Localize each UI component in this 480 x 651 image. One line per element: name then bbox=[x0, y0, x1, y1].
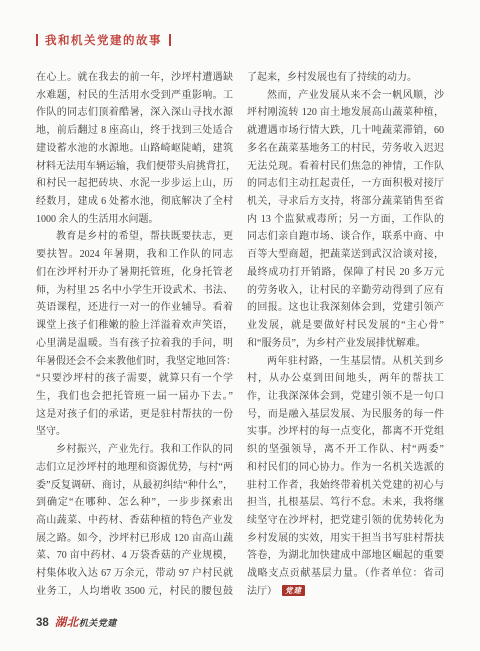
text-line: 和“服务员”，为乡村产业发展排忧解难。 bbox=[247, 335, 444, 353]
text-line: 内 13 个监狱戒毒所；另一方面，工作队的 bbox=[247, 211, 444, 229]
text-line: “只要沙坪村的孩子需要，就算只有一个学 bbox=[36, 370, 233, 388]
text-line: 坚守。 bbox=[36, 423, 233, 441]
header-bar-left-icon bbox=[36, 34, 38, 46]
journal-logo-red-part: 湖北 bbox=[55, 614, 79, 630]
text-line: 多名在蔬菜基地务工的村民，劳务收入迟迟 bbox=[247, 140, 444, 158]
text-line: 到确定“在哪种、怎么种”，一步步探索出 bbox=[36, 494, 233, 512]
text-line: 织的坚强领导，离不开工作队、村“两委” bbox=[247, 441, 444, 459]
text-line: 教育是乡村的希望，帮扶既要扶志，更 bbox=[36, 228, 233, 246]
text-line: 坪村刚流转 120 亩土地发展高山蔬菜种植， bbox=[247, 104, 444, 122]
text-column-right: 了起来，乡村发展也有了持续的动力。然而，产业发展从来不会一帆风顺，沙坪村刚流转 … bbox=[247, 69, 444, 601]
text-line: 英语课程，还进行一对一的作业辅导。看着 bbox=[36, 299, 233, 317]
text-line: 在心上。就在我去的前一年，沙坪村遭遇缺 bbox=[36, 69, 233, 87]
text-line: 经数月，建成 6 处蓄水池，彻底解决了全村 bbox=[36, 193, 233, 211]
text-line: 课堂上孩子们稚嫩的脸上洋溢着欢声笑语， bbox=[36, 317, 233, 335]
text-line: 无法兑现。看着村民们焦急的神情，工作队 bbox=[247, 158, 444, 176]
journal-logo-black-part: 机关党建 bbox=[79, 616, 117, 629]
text-line: 要扶智。2024 年暑期，我和工作队的同志 bbox=[36, 246, 233, 264]
text-line: 水难题，村民的生活用水受到严重影响。工 bbox=[36, 87, 233, 105]
text-line: 然而，产业发展从来不会一帆风顺，沙 bbox=[247, 87, 444, 105]
section-header: 我和机关党建的故事 bbox=[36, 32, 171, 48]
text-line: 两年驻村路，一生基层情。从机关到乡 bbox=[247, 353, 444, 371]
text-line: 这是对孩子们的承诺，更是驻村帮扶的一份 bbox=[36, 406, 233, 424]
text-line: 同志们亲自跑市场、谈合作，联系中商、中 bbox=[247, 228, 444, 246]
text-line: 担当，扎根基层、笃行不怠。未来，我将继 bbox=[247, 494, 444, 512]
text-line: 委”反复调研、商讨，从最初纠结“种什么”， bbox=[36, 477, 233, 495]
header-bar-right-icon bbox=[169, 34, 171, 46]
text-line: 作，让我深深体会到，党建引领不是一句口 bbox=[247, 388, 444, 406]
text-line: 了起来，乡村发展也有了持续的动力。 bbox=[247, 69, 444, 87]
text-line: 续坚守在沙坪村，把党建引领的优势转化为 bbox=[247, 512, 444, 530]
text-line: 的同志们主动扛起责任，一方面积极对接厅 bbox=[247, 175, 444, 193]
text-line: 作队的同志们顶着酷暑，深入深山寻找水源 bbox=[36, 104, 233, 122]
text-line: 村，从办公桌到田间地头，两年的帮扶工 bbox=[247, 370, 444, 388]
text-line: 们在沙坪村开办了暑期托管班，化身托管老 bbox=[36, 264, 233, 282]
page-number: 38 bbox=[36, 617, 49, 629]
text-line: 乡村振兴，产业先行。我和工作队的同 bbox=[36, 441, 233, 459]
text-line: 展之路。如今，沙坪村已形成 120 亩高山蔬 bbox=[36, 530, 233, 548]
text-line: 年暑假还会不会来教他们时，我坚定地回答： bbox=[36, 353, 233, 371]
text-line: 战略支点贡献基层力量。（作者单位：省司 bbox=[247, 565, 444, 583]
page-footer: 38 湖北机关党建 bbox=[36, 614, 117, 630]
text-line: 心里满是温暖。当有孩子拉着我的手问，明 bbox=[36, 335, 233, 353]
text-line: 1000 余人的生活用水问题。 bbox=[36, 211, 233, 229]
text-line: 法厅）党建 bbox=[247, 583, 444, 601]
magazine-page: 我和机关党建的故事 在心上。就在我去的前一年，沙坪村遭遇缺水难题，村民的生活用水… bbox=[0, 0, 480, 651]
text-line: 志们立足沙坪村的地理和资源优势，与村“两 bbox=[36, 459, 233, 477]
text-line: 业务工，人均增收 3500 元，村民的腰包鼓 bbox=[36, 583, 233, 601]
text-line: 乡村发展的实效，用实干担当书写驻村帮扶 bbox=[247, 530, 444, 548]
text-line: 高山蔬菜、中药材、香菇种植的特色产业发 bbox=[36, 512, 233, 530]
text-line: 的回报。这也让我深刻体会到，党建引领产 bbox=[247, 299, 444, 317]
text-line: 驻村工作者，我始终带着机关党建的初心与 bbox=[247, 477, 444, 495]
text-line: 师，为村里 25 名中小学生开设武术、书法、 bbox=[36, 282, 233, 300]
text-line: 生，我们也会把托管班一届一届办下去。” bbox=[36, 388, 233, 406]
text-line: 号，而是融入基层发展、为民服务的每一件 bbox=[247, 406, 444, 424]
section-title: 我和机关党建的故事 bbox=[45, 32, 162, 48]
text-line: 和村民一起把砖块、水泥一步步运上山，历 bbox=[36, 175, 233, 193]
text-line: 最终成功打开销路，保障了村民 20 多万元 bbox=[247, 264, 444, 282]
text-line: 业发展，就是要做好村民发展的“主心骨” bbox=[247, 317, 444, 335]
text-line: 地，前后翻过 8 座高山，终于找到三处适合 bbox=[36, 122, 233, 140]
text-line: 材料无法用车辆运输，我们便带头肩挑背扛， bbox=[36, 158, 233, 176]
text-line: 实事。沙坪村的每一点变化，都离不开党组 bbox=[247, 423, 444, 441]
text-line: 菜、70 亩中药材、4 万袋香菇的产业规模， bbox=[36, 547, 233, 565]
text-line: 百等大型商超，把蔬菜送到武汉洽谈对接， bbox=[247, 246, 444, 264]
article-body: 在心上。就在我去的前一年，沙坪村遭遇缺水难题，村民的生活用水受到严重影响。工作队… bbox=[36, 69, 444, 601]
text-column-left: 在心上。就在我去的前一年，沙坪村遭遇缺水难题，村民的生活用水受到严重影响。工作队… bbox=[36, 69, 233, 601]
text-line: 和村民们的同心协力。作为一名机关选派的 bbox=[247, 459, 444, 477]
text-line: 机关，寻求后方支持，将部分蔬菜销售至省 bbox=[247, 193, 444, 211]
article-end-mark: 党建 bbox=[282, 585, 305, 596]
text-line: 的劳务收入，让村民的辛勤劳动得到了应有 bbox=[247, 282, 444, 300]
text-line: 答卷，为湖北加快建成中部地区崛起的重要 bbox=[247, 547, 444, 565]
text-line: 建设蓄水池的水源地。山路崎岖陡峭，建筑 bbox=[36, 140, 233, 158]
journal-logo: 湖北机关党建 bbox=[55, 614, 117, 630]
text-line: 就遭遇市场行情大跌，几十吨蔬菜滞销，60 bbox=[247, 122, 444, 140]
text-line: 村集体收入达 67 万余元，带动 97 户村民就 bbox=[36, 565, 233, 583]
